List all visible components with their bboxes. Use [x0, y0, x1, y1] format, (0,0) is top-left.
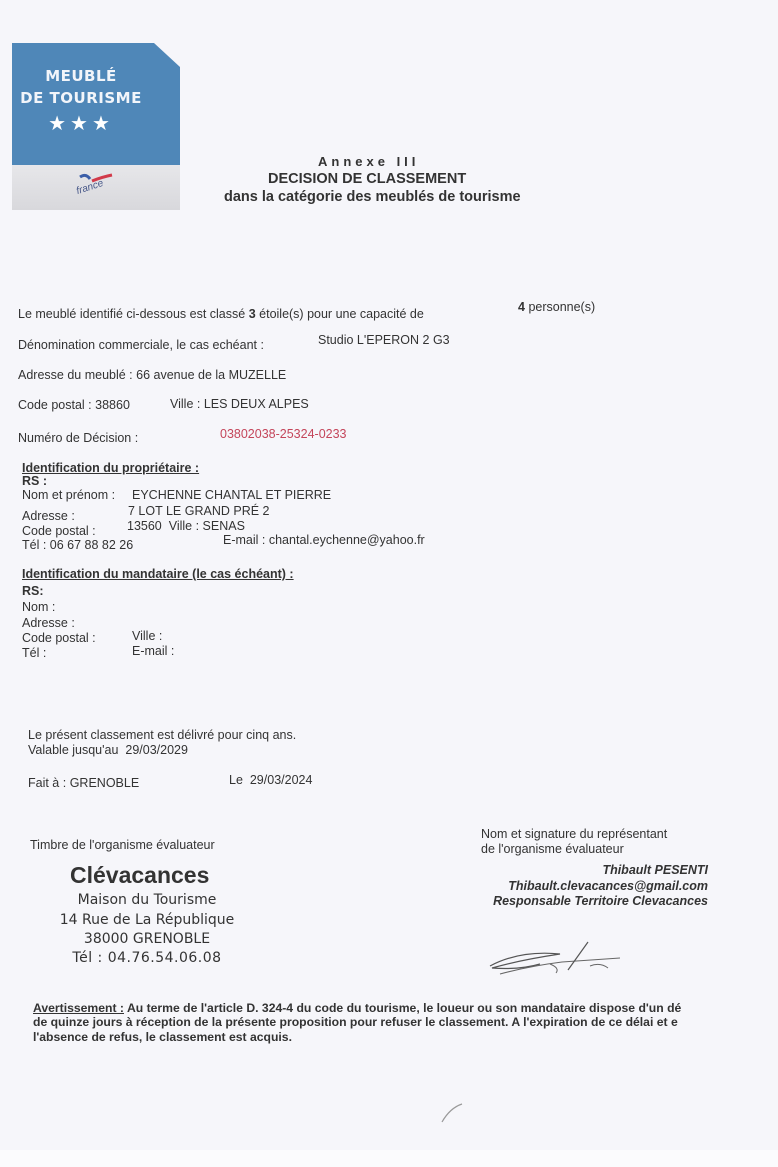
validity-statement: Le présent classement est délivré pour c… [28, 728, 296, 742]
warning-line1: Avertissement : Au terme de l'article D.… [33, 1002, 681, 1015]
warning-line2: de quinze jours à réception de la présen… [33, 1016, 678, 1029]
owner-address: 7 LOT LE GRAND PRÉ 2 [128, 504, 270, 518]
signatory-name: Thibault PESENTI [602, 863, 708, 877]
agent-address-label: Adresse : [22, 616, 75, 630]
valid-until-label: Valable jusqu'au [28, 743, 118, 757]
agent-city-label: Ville : [132, 629, 162, 643]
owner-city: SENAS [203, 519, 245, 533]
owner-address-label: Adresse : [22, 509, 75, 523]
handwritten-signature-icon [480, 938, 630, 993]
stamp-org-name: Clévacances [70, 862, 209, 889]
pen-mark-icon [438, 1100, 468, 1128]
issue-date: 29/03/2024 [250, 773, 313, 787]
capacity-value: 4 [518, 300, 525, 314]
warning-text1: Au terme de l'article D. 324-4 du code d… [127, 1001, 681, 1015]
owner-email-row: E-mail : chantal.eychenne@yahoo.fr [223, 533, 425, 547]
star-rating-icon: ★★★ [12, 111, 150, 136]
issue-date-label: Le [229, 773, 243, 787]
commercial-name: Studio L'EPERON 2 G3 [318, 333, 450, 347]
classification-mid: étoile(s) pour une capacité de [259, 307, 424, 321]
valid-until-date: 29/03/2029 [125, 743, 188, 757]
page-subtitle: dans la catégorie des meublés de tourism… [224, 189, 521, 205]
owner-tel-row: Tél : 06 67 88 82 26 [22, 538, 133, 552]
city-label: Ville : [170, 397, 200, 411]
classification-sentence: Le meublé identifié ci-dessous est class… [18, 307, 424, 321]
agent-postal-label: Code postal : [22, 631, 96, 645]
commercial-name-label: Dénomination commerciale, le cas echéant… [18, 338, 264, 352]
stamp-phone: Tél : 04.76.54.06.08 [17, 950, 277, 966]
logo-line2: DE TOURISME [12, 89, 150, 107]
made-at-value: GRENOBLE [70, 776, 139, 790]
owner-heading: Identification du propriétaire : [22, 461, 199, 475]
warning-label: Avertissement : [33, 1001, 124, 1015]
capacity: 4 personne(s) [518, 300, 595, 314]
page-bottom-edge [0, 1150, 778, 1167]
owner-rs-label: RS : [22, 474, 47, 488]
stamp-line2: 14 Rue de La République [17, 912, 277, 928]
stamp-label: Timbre de l'organisme évaluateur [30, 838, 215, 852]
annex-label: Annexe III [318, 154, 419, 169]
stamp-line1: Maison du Tourisme [17, 892, 277, 908]
logo-grey-panel: france [12, 165, 180, 210]
postal-row: Code postal : 38860 [18, 398, 130, 412]
owner-tel-label: Tél : [22, 538, 46, 552]
warning-line3: l'absence de refus, le classement est ac… [33, 1031, 292, 1044]
postal-value: 38860 [95, 398, 130, 412]
owner-name: EYCHENNE CHANTAL ET PIERRE [132, 488, 331, 502]
made-at-row: Fait à : GRENOBLE [28, 776, 139, 790]
agent-heading: Identification du mandataire (le cas éch… [22, 567, 294, 581]
signatory-role: Responsable Territoire Clevacances [493, 894, 708, 908]
decision-label: Numéro de Décision : [18, 431, 138, 445]
valid-until-row: Valable jusqu'au 29/03/2029 [28, 743, 188, 757]
owner-email: chantal.eychenne@yahoo.fr [269, 533, 425, 547]
city-row: Ville : LES DEUX ALPES [170, 397, 309, 411]
classification-prefix: Le meublé identifié ci-dessous est class… [18, 307, 245, 321]
owner-postal-city: 13560 Ville : SENAS [127, 519, 245, 533]
signature-label1: Nom et signature du représentant [481, 827, 667, 841]
address-label: Adresse du meublé : [18, 368, 133, 382]
issue-date-row: Le 29/03/2024 [229, 773, 312, 787]
address-row: Adresse du meublé : 66 avenue de la MUZE… [18, 368, 286, 382]
owner-city-label: Ville : [169, 519, 199, 533]
made-at-label: Fait à : [28, 776, 66, 790]
owner-tel: 06 67 88 82 26 [50, 538, 133, 552]
agent-email-label: E-mail : [132, 644, 174, 658]
agent-rs-label: RS: [22, 584, 44, 598]
owner-postal-label: Code postal : [22, 524, 96, 538]
owner-name-label: Nom et prénom : [22, 488, 115, 502]
capacity-unit: personne(s) [528, 300, 595, 314]
agent-tel-label: Tél : [22, 646, 46, 660]
postal-label: Code postal : [18, 398, 92, 412]
page-title: DECISION DE CLASSEMENT [268, 171, 466, 187]
signatory-email: Thibault.clevacances@gmail.com [508, 879, 708, 893]
address-value: 66 avenue de la MUZELLE [136, 368, 286, 382]
meuble-tourisme-logo: MEUBLÉ DE TOURISME ★★★ france [12, 43, 180, 210]
city-value: LES DEUX ALPES [204, 397, 309, 411]
owner-email-label: E-mail : [223, 533, 265, 547]
stamp-line3: 38000 GRENOBLE [17, 931, 277, 947]
star-count: 3 [249, 307, 256, 321]
signature-label2: de l'organisme évaluateur [481, 842, 624, 856]
owner-postal: 13560 [127, 519, 162, 533]
logo-line1: MEUBLÉ [12, 67, 150, 85]
agent-name-label: Nom : [22, 600, 55, 614]
decision-number: 03802038-25324-0233 [220, 427, 347, 441]
